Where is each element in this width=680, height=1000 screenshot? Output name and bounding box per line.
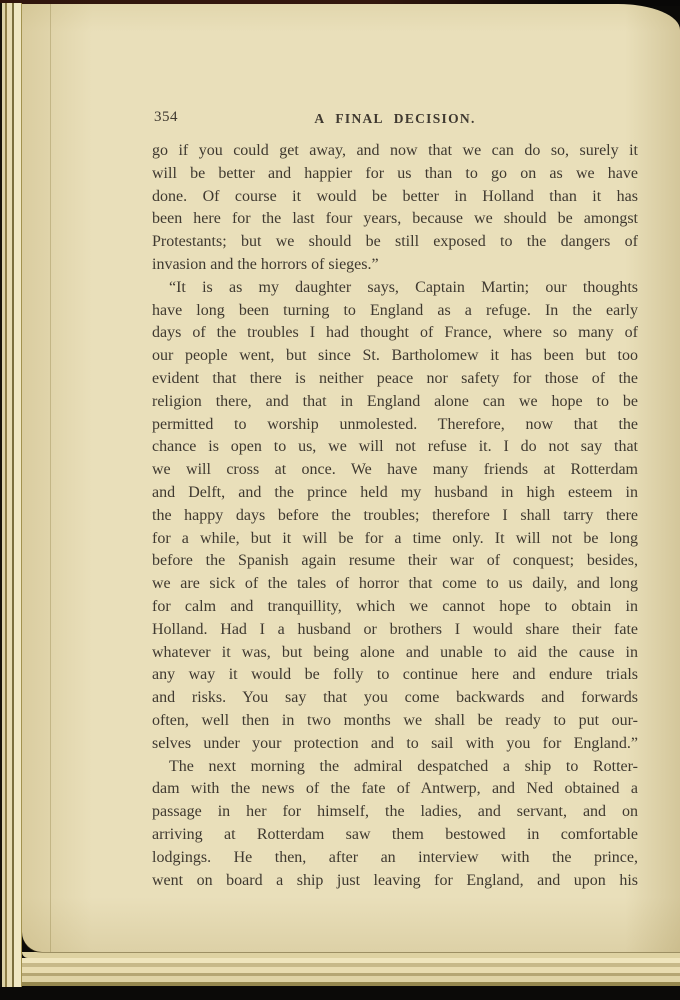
text-line: arriving at Rotterdam saw them bestowed … (152, 824, 638, 847)
text-line: The next morning the admiral despatched … (152, 756, 638, 779)
page-crease (50, 4, 51, 952)
text-line: we are sick of the tales of horror that … (152, 573, 638, 596)
text-line: and Delft, and the prince held my husban… (152, 482, 638, 505)
text-line: the happy days before the troubles; ther… (152, 505, 638, 528)
text-line: often, well then in two months we shall … (152, 710, 638, 733)
text-line: our people went, but since St. Bartholom… (152, 345, 638, 368)
text-line: chance is open to us, we will not refuse… (152, 436, 638, 459)
text-line: selves under your protection and to sail… (152, 733, 638, 756)
text-line: for calm and tranquillity, which we cann… (152, 596, 638, 619)
running-title: A FINAL DECISION. (152, 111, 638, 127)
text-line: religion there, and that in England alon… (152, 391, 638, 414)
text-line: lodgings. He then, after an interview wi… (152, 847, 638, 870)
text-line: days of the troubles I had thought of Fr… (152, 322, 638, 345)
text-line: Holland. Had I a husband or brothers I w… (152, 619, 638, 642)
page-edge-strip (14, 3, 21, 987)
text-line: will be better and happier for us than t… (152, 163, 638, 186)
text-line: and risks. You say that you come backwar… (152, 687, 638, 710)
text-line: done. Of course it would be better in Ho… (152, 186, 638, 209)
text-line: whatever it was, but being alone and una… (152, 642, 638, 665)
text-line: evident that there is neither peace nor … (152, 368, 638, 391)
text-line: before the Spanish again resume their wa… (152, 550, 638, 573)
book-page: 354 A FINAL DECISION. go if you could ge… (22, 4, 680, 952)
text-line: dam with the news of the fate of Antwerp… (152, 778, 638, 801)
text-line: Protestants; but we should be still expo… (152, 231, 638, 254)
text-line: we will cross at once. We have many frie… (152, 459, 638, 482)
text-line: permitted to worship unmolested. Therefo… (152, 414, 638, 437)
text-line: go if you could get away, and now that w… (152, 140, 638, 163)
text-line: “It is as my daughter says, Captain Mart… (152, 277, 638, 300)
book-scan: 354 A FINAL DECISION. go if you could ge… (0, 0, 680, 1000)
text-line: passage in her for himself, the ladies, … (152, 801, 638, 824)
text-line: went on board a ship just leaving for En… (152, 870, 638, 893)
text-line: been here for the last four years, becau… (152, 208, 638, 231)
text-block: go if you could get away, and now that w… (152, 140, 638, 892)
text-line: for a while, but it will be for a time o… (152, 528, 638, 551)
text-line: invasion and the horrors of sieges.” (152, 254, 638, 277)
text-line: have long been turning to England as a r… (152, 300, 638, 323)
page-edge-strip (22, 982, 680, 986)
page-header: 354 A FINAL DECISION. (152, 109, 638, 129)
text-line: any way it would be folly to continue he… (152, 664, 638, 687)
